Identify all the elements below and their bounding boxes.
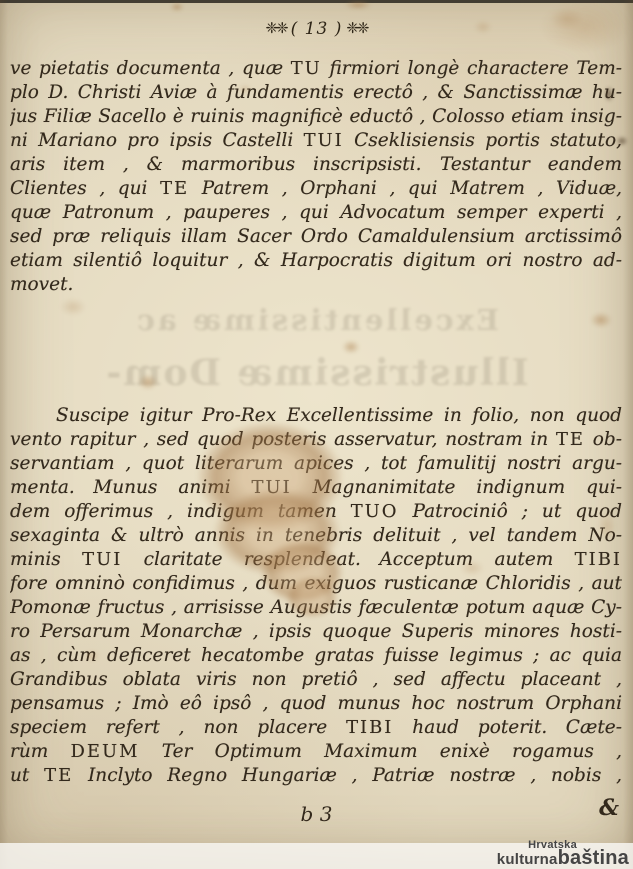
text-line: Suscipe igitur Pro-Rex Excellentissime i…: [10, 404, 622, 428]
text-line: vento rapitur , sed quod posteris asserv…: [10, 428, 622, 452]
text-line: menta. Munus animi TUI Magnanimitate ind…: [10, 476, 622, 500]
fleuron-ornament-icon: ❈❈: [346, 19, 367, 37]
page-header: ❈❈( 13 )❈❈: [0, 19, 633, 39]
bleedthrough-text: Excellentissimæ ac: [0, 303, 633, 337]
text-line: minis TUI claritate resplendeat. Acceptu…: [10, 548, 622, 572]
text-line: dem offerimus , indigum tamen TUO Patroc…: [10, 500, 622, 524]
book-page-scan: Excellentissimæ ac Illustrissimæ Dom- ❈❈…: [0, 0, 633, 869]
catchword: &: [599, 795, 619, 821]
signature-mark: b 3: [0, 802, 633, 826]
text-line: rùm DEUM Ter Optimum Maximum enixè rogam…: [10, 740, 622, 764]
scan-edge-right: [623, 0, 633, 869]
text-line: Grandibus oblata viris non pretiô , sed …: [10, 668, 622, 692]
text-line: sed præ reliquis illam Sacer Ordo Camald…: [10, 225, 622, 249]
text-line: plo D. Christi Aviæ à fundamentis erectô…: [10, 81, 622, 105]
paragraph-2: Suscipe igitur Pro-Rex Excellentissime i…: [10, 404, 622, 788]
text-line: movet.: [10, 273, 622, 297]
scan-edge-top: [0, 0, 633, 3]
scan-edge-left: [0, 0, 8, 869]
text-line: aris item , & marmoribus inscripsisti. T…: [10, 153, 622, 177]
bleedthrough-text: Illustrissimæ Dom-: [0, 352, 633, 394]
text-line: fore omninò confidimus , dum exiguos rus…: [10, 572, 622, 596]
text-line: ve pietatis documenta , quæ TU firmiori …: [10, 57, 622, 81]
text-line: ut TE Inclyto Regno Hungariæ , Patriæ no…: [10, 764, 622, 788]
fleuron-ornament-icon: ❈❈: [265, 19, 286, 37]
text-line: sexaginta & ultrò annis in tenebris deli…: [10, 524, 622, 548]
text-line: Pomonæ fructus , arrisisse Augustis fæcu…: [10, 596, 622, 620]
text-line: ni Mariano pro ipsis Castelli TUI Csekli…: [10, 129, 622, 153]
text-line: jus Filiæ Sacello è ruinis magnificè edu…: [10, 105, 622, 129]
text-line: etiam silentiô loquitur , & Harpocratis …: [10, 249, 622, 273]
watermark-band: Hrvatska kulturnabaština: [0, 843, 633, 869]
text-line: pensamus ; Imò eô ipsô , quod munus hoc …: [10, 692, 622, 716]
text-line: speciem refert , non placere TIBI haud p…: [10, 716, 622, 740]
text-line: as , cùm deficeret hecatombe gratas fuis…: [10, 644, 622, 668]
text-line: Clientes , qui TE Patrem , Orphani , qui…: [10, 177, 622, 201]
text-line: ro Persarum Monarchæ , ipsis quoque Supe…: [10, 620, 622, 644]
text-line: quæ Patronum , pauperes , qui Advocatum …: [10, 201, 622, 225]
watermark-line2: kulturnabaština: [497, 850, 629, 868]
paragraph-1: ve pietatis documenta , quæ TU firmiori …: [10, 57, 622, 297]
text-line: servantiam , quot literarum apices , tot…: [10, 452, 622, 476]
page-number: ( 13 ): [287, 19, 347, 39]
